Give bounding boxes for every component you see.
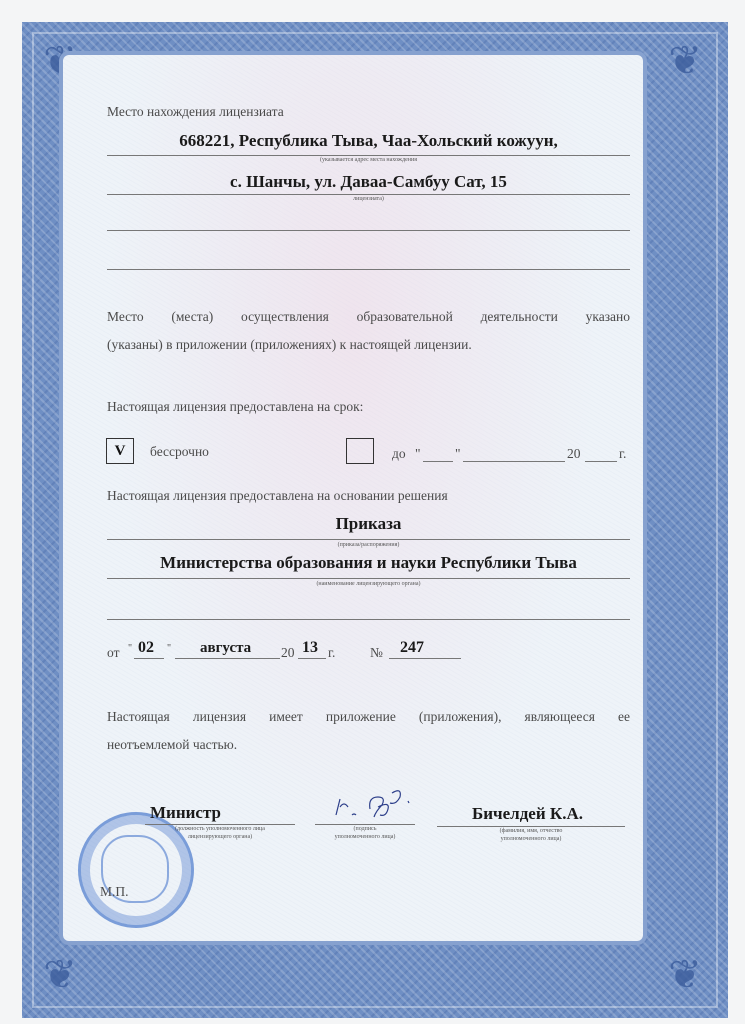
date-quote-open: "	[128, 643, 132, 654]
licensee-location-label: Место нахождения лицензиата	[107, 104, 284, 120]
until-day-line	[423, 461, 453, 462]
licensee-address-line2: с. Шанчы, ул. Даваа-Самбуу Сат, 15	[107, 172, 630, 192]
date-year: 13	[302, 639, 318, 657]
underline	[145, 824, 295, 825]
date-month: августа	[200, 640, 251, 657]
until-checkbox[interactable]	[346, 438, 374, 464]
date-year-suffix: г.	[328, 645, 335, 661]
appendix-line1: Настоящая лицензия имеет приложение (при…	[107, 709, 630, 725]
authority-caption: (наименование лицензирующего органа)	[107, 581, 630, 587]
ornament-corner-bottom-right-icon: ❦	[650, 939, 720, 1009]
until-year-suffix: г.	[619, 446, 626, 462]
underline	[107, 155, 630, 156]
basis-label: Настоящая лицензия предоставлена на осно…	[107, 488, 448, 504]
until-month-line	[463, 461, 565, 462]
address-caption-1: (указывается адрес места нахождения	[107, 157, 630, 163]
indefinite-checkbox[interactable]: V	[106, 438, 134, 464]
date-quote-close: "	[167, 643, 171, 654]
blank-line	[107, 619, 630, 620]
number-prefix: №	[370, 645, 383, 661]
name-caption-2: уполномоченного лица)	[437, 836, 625, 842]
date-prefix: от	[107, 645, 119, 661]
signatory-name: Бичелдей К.А.	[472, 804, 583, 824]
name-caption-1: (фамилия, имя, отчество	[437, 828, 625, 834]
underline	[107, 194, 630, 195]
until-prefix: до	[392, 446, 406, 462]
activity-place-line2: (указаны) в приложении (приложениях) к н…	[107, 337, 472, 353]
until-quote-close: "	[455, 446, 461, 462]
signatory-position: Министр	[150, 803, 221, 823]
underline	[437, 826, 625, 827]
address-caption-2: лицензиата)	[107, 196, 630, 202]
number-line	[389, 658, 461, 659]
position-caption-2: лицензирующего органа)	[145, 834, 295, 840]
signature-caption-2: уполномоченного лица)	[315, 834, 415, 840]
order-number: 247	[400, 639, 424, 657]
blank-line	[107, 269, 630, 270]
decision-type: Приказа	[107, 514, 630, 534]
underline	[107, 539, 630, 540]
licensing-authority: Министерства образования и науки Республ…	[107, 553, 630, 573]
seal-label: М.П.	[100, 884, 129, 900]
appendix-line2: неотъемлемой частью.	[107, 737, 237, 753]
blank-line	[107, 230, 630, 231]
signature-line	[315, 824, 415, 825]
until-year-line	[585, 461, 617, 462]
until-quote-open: "	[415, 446, 421, 462]
ornament-corner-top-right-icon: ❦	[650, 25, 720, 95]
day-line	[134, 658, 164, 659]
year-line	[298, 658, 326, 659]
activity-place-line1: Место (места) осуществления образователь…	[107, 309, 630, 325]
ornament-corner-bottom-left-icon: ❦	[25, 939, 95, 1009]
until-year-prefix: 20	[567, 446, 581, 462]
licensee-address-line1: 668221, Республика Тыва, Чаа-Хольский ко…	[107, 131, 630, 151]
date-day: 02	[138, 639, 154, 657]
month-line	[175, 658, 280, 659]
underline	[107, 578, 630, 579]
term-label: Настоящая лицензия предоставлена на срок…	[107, 399, 363, 415]
indefinite-label: бессрочно	[150, 444, 209, 460]
date-year-prefix: 20	[281, 645, 295, 661]
decision-caption: (приказа/распоряжения)	[107, 542, 630, 548]
signature-caption-1: (подпись	[315, 826, 415, 832]
handwritten-signature	[330, 787, 430, 823]
position-caption-1: (должность уполномоченного лица	[145, 826, 295, 832]
